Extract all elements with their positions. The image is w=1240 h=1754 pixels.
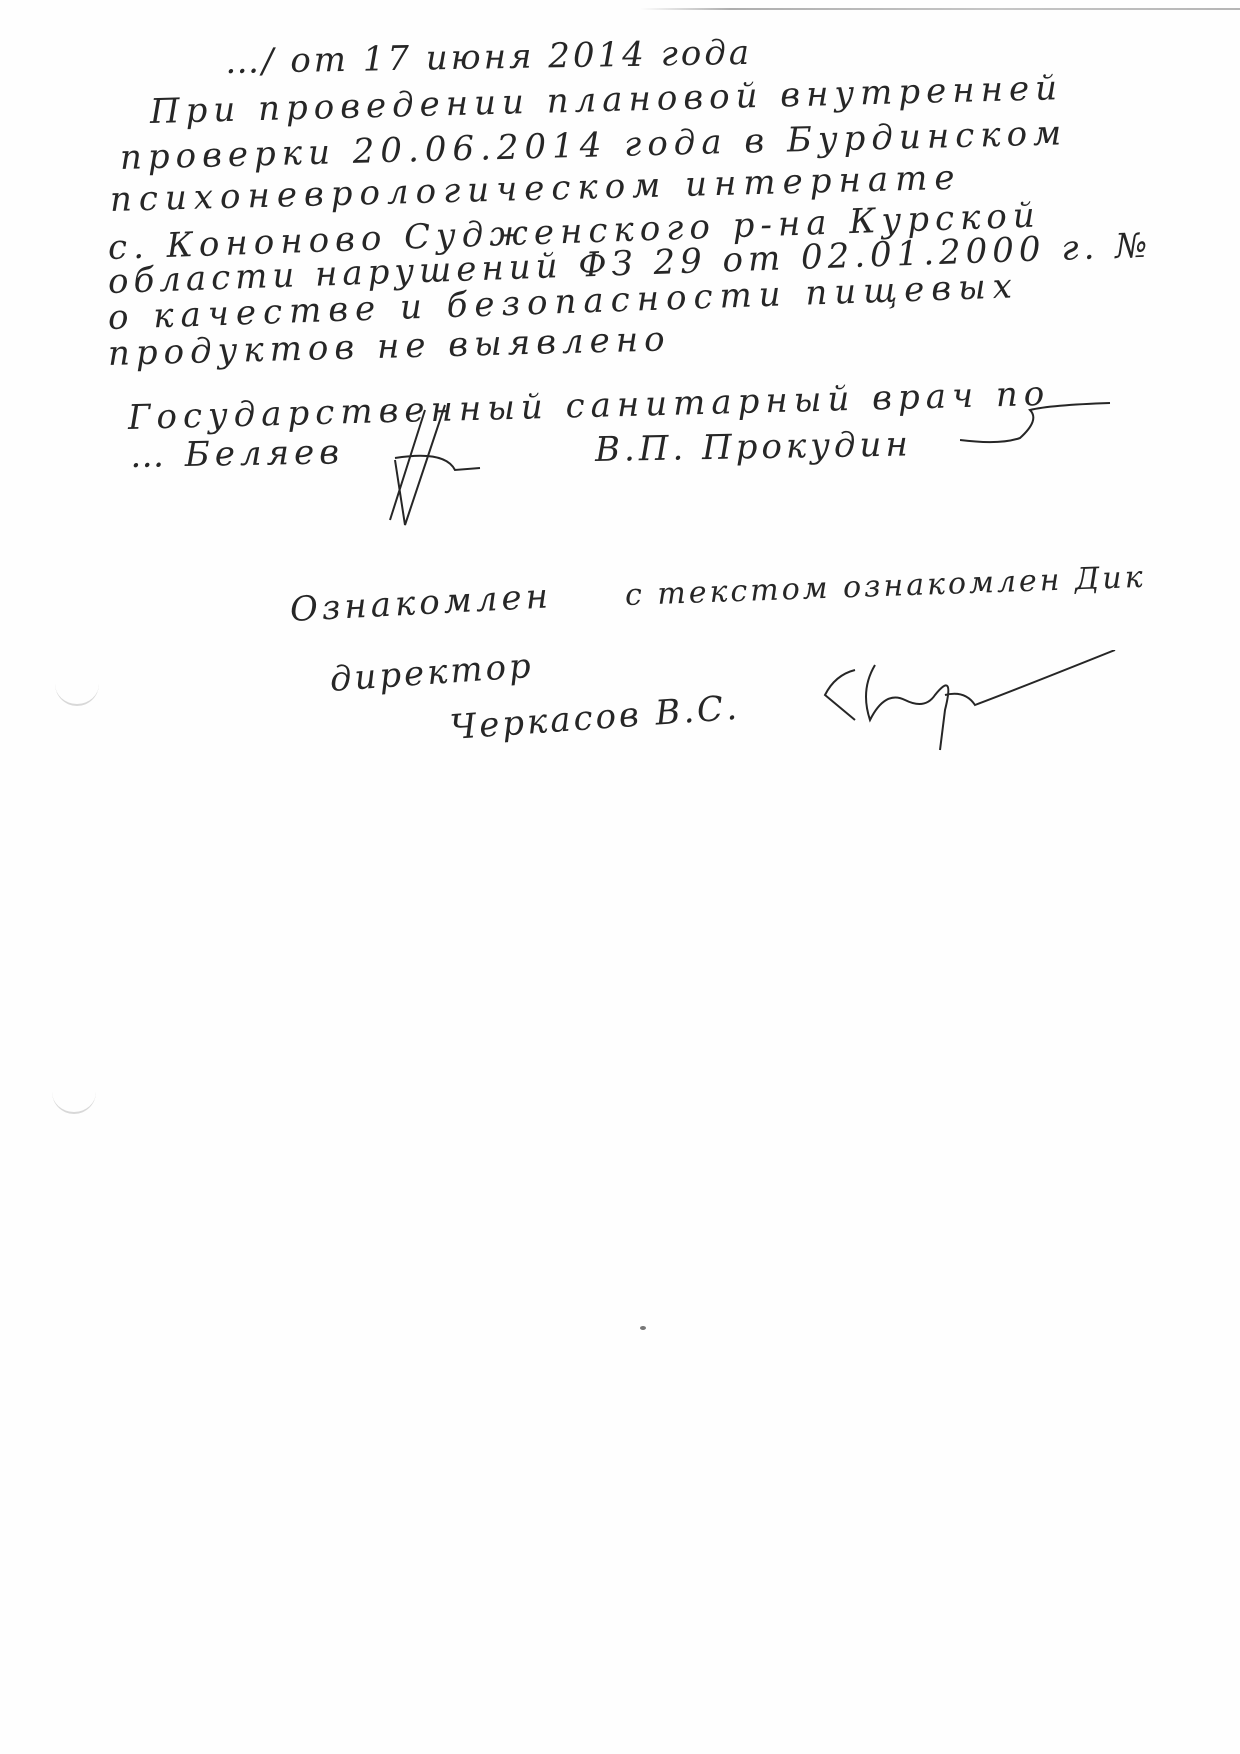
acknowledgement-text: с текстом ознакомлен Дик xyxy=(624,560,1146,613)
inspector-region-line: … Беляев xyxy=(130,432,345,476)
signature-director xyxy=(815,650,1135,760)
director-role: директор xyxy=(329,646,535,700)
inspector-name-flourish xyxy=(960,400,1140,460)
scanned-page: …/ от 17 июня 2014 года При проведении п… xyxy=(0,0,1240,1754)
punch-hole-lower xyxy=(52,1090,96,1114)
signature-inspector xyxy=(385,400,535,530)
inspector-name: В.П. Прокудин xyxy=(595,424,912,470)
inspector-title-line: Государственный санитарный врач по xyxy=(127,374,1050,438)
document-header-line: …/ от 17 июня 2014 года xyxy=(225,33,753,82)
scan-speck xyxy=(640,1326,646,1330)
acknowledgement-label: Ознакомлен xyxy=(289,576,553,630)
director-name: Черкасов В.С. xyxy=(449,688,742,748)
punch-hole-upper xyxy=(55,682,99,706)
scan-top-edge-line xyxy=(640,8,1240,10)
